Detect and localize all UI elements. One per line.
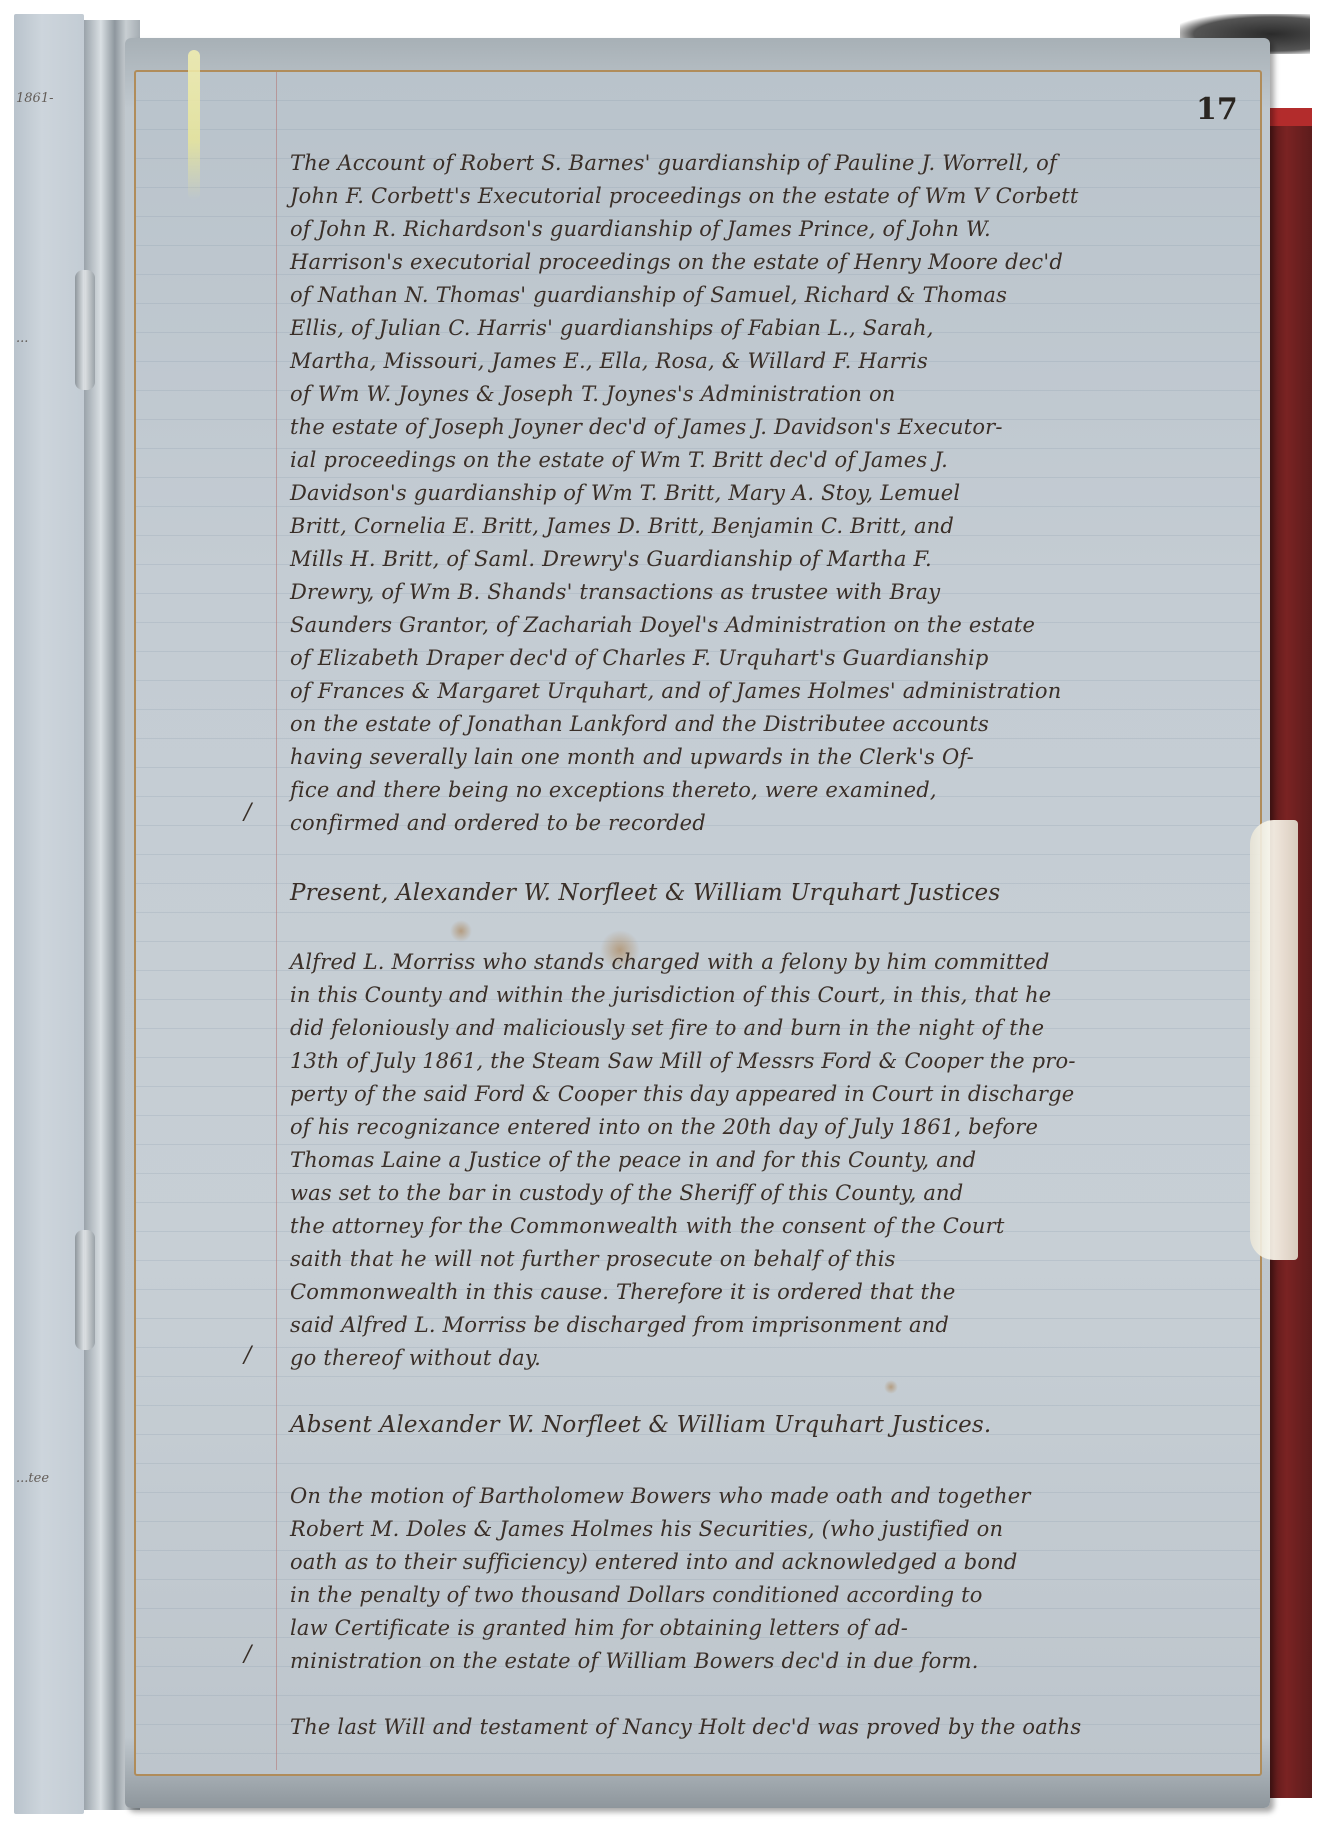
text-line: Drewry, of Wm B. Shands' transactions as… — [290, 580, 940, 604]
margin-tick: / — [244, 800, 251, 825]
text-line-absent-justices: Absent Alexander W. Norfleet & William U… — [290, 1412, 991, 1438]
text-line: of Nathan N. Thomas' guardianship of Sam… — [290, 283, 1007, 307]
text-line: of Elizabeth Draper dec'd of Charles F. … — [290, 646, 989, 670]
text-line: Alfred L. Morriss who stands charged wit… — [290, 950, 1050, 974]
stain — [884, 1380, 898, 1394]
text-line: Mills H. Britt, of Saml. Drewry's Guardi… — [290, 547, 932, 571]
text-line: saith that he will not further prosecute… — [290, 1247, 896, 1271]
text-line: of Wm W. Joynes & Joseph T. Joynes's Adm… — [290, 382, 896, 406]
text-line: ial proceedings on the estate of Wm T. B… — [290, 448, 948, 472]
paper-ribbon — [1250, 820, 1298, 1260]
text-line: in the penalty of two thousand Dollars c… — [290, 1583, 983, 1607]
left-page-margin-note-1: 1861- — [16, 90, 76, 107]
text-line: in this County and within the jurisdicti… — [290, 983, 1051, 1007]
text-line: of Frances & Margaret Urquhart, and of J… — [290, 679, 1062, 703]
text-line: perty of the said Ford & Cooper this day… — [290, 1082, 1074, 1106]
left-page-margin-note-3: ...tee — [16, 1470, 76, 1487]
text-line: Saunders Grantor, of Zachariah Doyel's A… — [290, 613, 1035, 637]
text-line: confirmed and ordered to be recorded — [290, 811, 706, 835]
binder-ring-top — [75, 270, 95, 390]
text-line: Martha, Missouri, James E., Ella, Rosa, … — [290, 349, 928, 373]
text-line: The Account of Robert S. Barnes' guardia… — [290, 151, 1057, 175]
page-margin-rule — [276, 72, 277, 1770]
text-line: having severally lain one month and upwa… — [290, 745, 974, 769]
text-line: on the estate of Jonathan Lankford and t… — [290, 712, 989, 736]
text-line: Davidson's guardianship of Wm T. Britt, … — [290, 481, 960, 505]
text-line: of John R. Richardson's guardianship of … — [290, 217, 991, 241]
text-line: 13th of July 1861, the Steam Saw Mill of… — [290, 1049, 1076, 1073]
text-line: The last Will and testament of Nancy Hol… — [290, 1715, 1081, 1739]
red-book-cover-edge — [1270, 108, 1312, 126]
text-line: said Alfred L. Morriss be discharged fro… — [290, 1313, 949, 1337]
text-line: oath as to their sufficiency) entered in… — [290, 1550, 1018, 1574]
text-line: was set to the bar in custody of the She… — [290, 1181, 963, 1205]
stain — [450, 920, 472, 942]
text-line: did feloniously and maliciously set fire… — [290, 1016, 1044, 1040]
binder-ring-bottom — [75, 1230, 95, 1350]
text-line: John F. Corbett's Executorial proceeding… — [290, 184, 1079, 208]
left-page-margin-note-2: ... — [16, 330, 76, 347]
text-line: Thomas Laine a Justice of the peace in a… — [290, 1148, 976, 1172]
left-facing-page — [14, 14, 84, 1814]
text-line: ministration on the estate of William Bo… — [290, 1649, 979, 1673]
text-line: go thereof without day. — [290, 1346, 541, 1370]
text-line: the attorney for the Commonwealth with t… — [290, 1214, 1004, 1238]
sleeve-glare — [188, 50, 200, 200]
text-line: Harrison's executorial proceedings on th… — [290, 250, 1063, 274]
text-line: fice and there being no exceptions there… — [290, 778, 937, 802]
text-line: Commonwealth in this cause. Therefore it… — [290, 1280, 956, 1304]
margin-tick: / — [244, 1343, 251, 1368]
text-line: On the motion of Bartholomew Bowers who … — [290, 1484, 1031, 1508]
text-line: Britt, Cornelia E. Britt, James D. Britt… — [290, 514, 954, 538]
text-line-present-justices: Present, Alexander W. Norfleet & William… — [290, 880, 1000, 906]
text-line: Robert M. Doles & James Holmes his Secur… — [290, 1517, 1003, 1541]
margin-tick: / — [244, 1642, 251, 1667]
text-line: Ellis, of Julian C. Harris' guardianship… — [290, 316, 934, 340]
text-line: of his recognizance entered into on the … — [290, 1115, 1038, 1139]
text-line: law Certificate is granted him for obtai… — [290, 1616, 908, 1640]
page-number: 17 — [1196, 92, 1238, 127]
text-line: the estate of Joseph Joyner dec'd of Jam… — [290, 415, 1003, 439]
